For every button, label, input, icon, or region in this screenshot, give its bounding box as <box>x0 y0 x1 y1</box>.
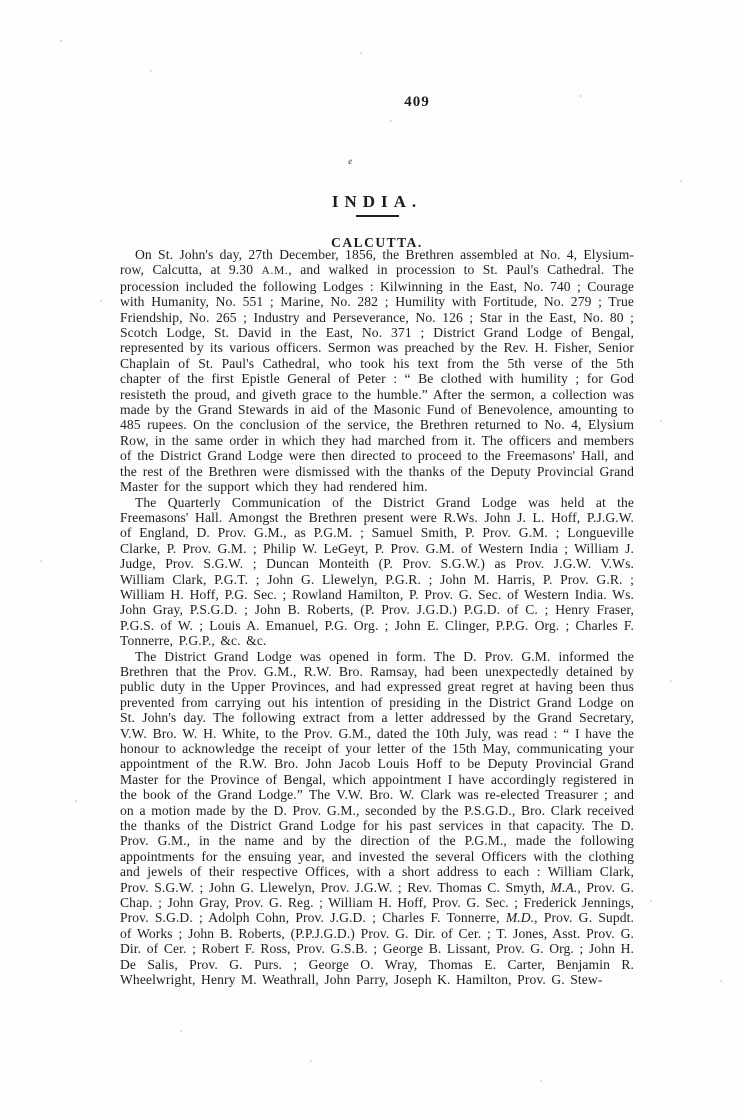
text-run: M.A. <box>551 880 578 895</box>
paragraph: The Quarterly Communication of the Distr… <box>120 495 634 649</box>
text-run: The District Grand Lodge was opened in f… <box>120 649 634 895</box>
text-run: A.M. <box>262 264 289 277</box>
title-rule-divider <box>356 215 399 217</box>
article-body: On St. John's day, 27th December, 1856, … <box>120 247 634 988</box>
section-title: INDIA. <box>120 192 634 212</box>
page-number: 409 <box>160 94 674 111</box>
text-run: M.D. <box>506 910 534 925</box>
ink-mark: e <box>347 156 353 167</box>
text-run: , and walked in procession to St. Paul's… <box>120 262 634 494</box>
scanned-page: 409 e INDIA. CALCUTTA. On St. John's day… <box>0 0 743 1114</box>
scan-noise <box>60 40 62 42</box>
paragraph: On St. John's day, 27th December, 1856, … <box>120 247 634 495</box>
text-run: The Quarterly Communication of the Distr… <box>120 495 634 649</box>
paragraph: The District Grand Lodge was opened in f… <box>120 649 634 988</box>
